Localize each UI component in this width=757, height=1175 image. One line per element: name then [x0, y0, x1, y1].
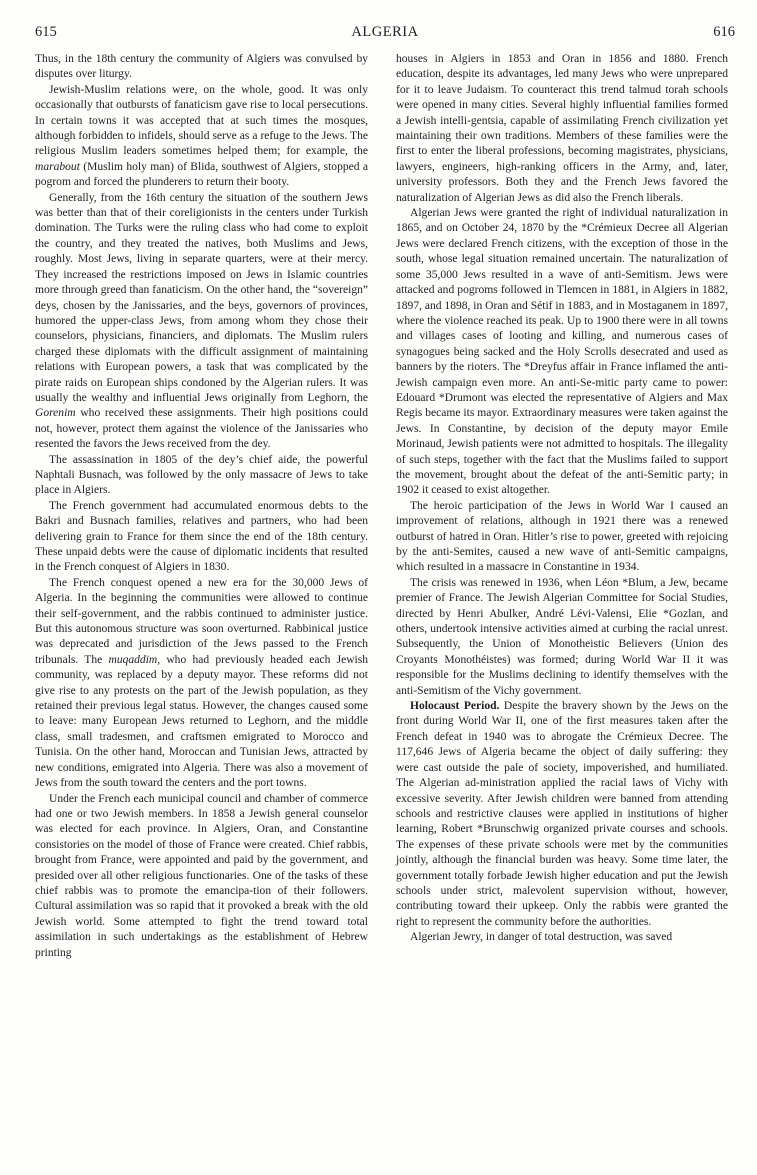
paragraph: Generally, from the 16th century the sit… [35, 191, 368, 453]
term-marabout: marabout [35, 161, 80, 173]
right-column: houses in Algiers in 1853 and Oran in 18… [396, 52, 728, 946]
running-title: ALGERIA [35, 24, 735, 41]
paragraph: Thus, in the 18th century the community … [35, 52, 368, 83]
paragraph: The crisis was renewed in 1936, when Léo… [396, 576, 728, 699]
left-column: Thus, in the 18th century the community … [35, 52, 368, 961]
paragraph: The assassination in 1805 of the dey’s c… [35, 453, 368, 499]
paragraph: Algerian Jews were granted the right of … [396, 206, 728, 499]
term-muqaddim: muqaddim, [108, 654, 160, 666]
paragraph: Algerian Jewry, in danger of total destr… [396, 930, 728, 945]
book-spread: 615 ALGERIA 616 Thus, in the 18th centur… [0, 0, 757, 1175]
paragraph: Under the French each municipal council … [35, 792, 368, 961]
page-header: 615 ALGERIA 616 [35, 24, 735, 44]
right-page-number: 616 [713, 24, 735, 41]
section-heading-holocaust-period: Holocaust Period. [410, 700, 499, 712]
paragraph: Jewish-Muslim relations were, on the who… [35, 83, 368, 191]
paragraph: The French government had accumulated en… [35, 499, 368, 576]
paragraph: The French conquest opened a new era for… [35, 576, 368, 792]
paragraph: houses in Algiers in 1853 and Oran in 18… [396, 52, 728, 206]
paragraph: Holocaust Period. Despite the bravery sh… [396, 699, 728, 930]
term-gorenim: Gorenim [35, 407, 76, 419]
paragraph: The heroic participation of the Jews in … [396, 499, 728, 576]
